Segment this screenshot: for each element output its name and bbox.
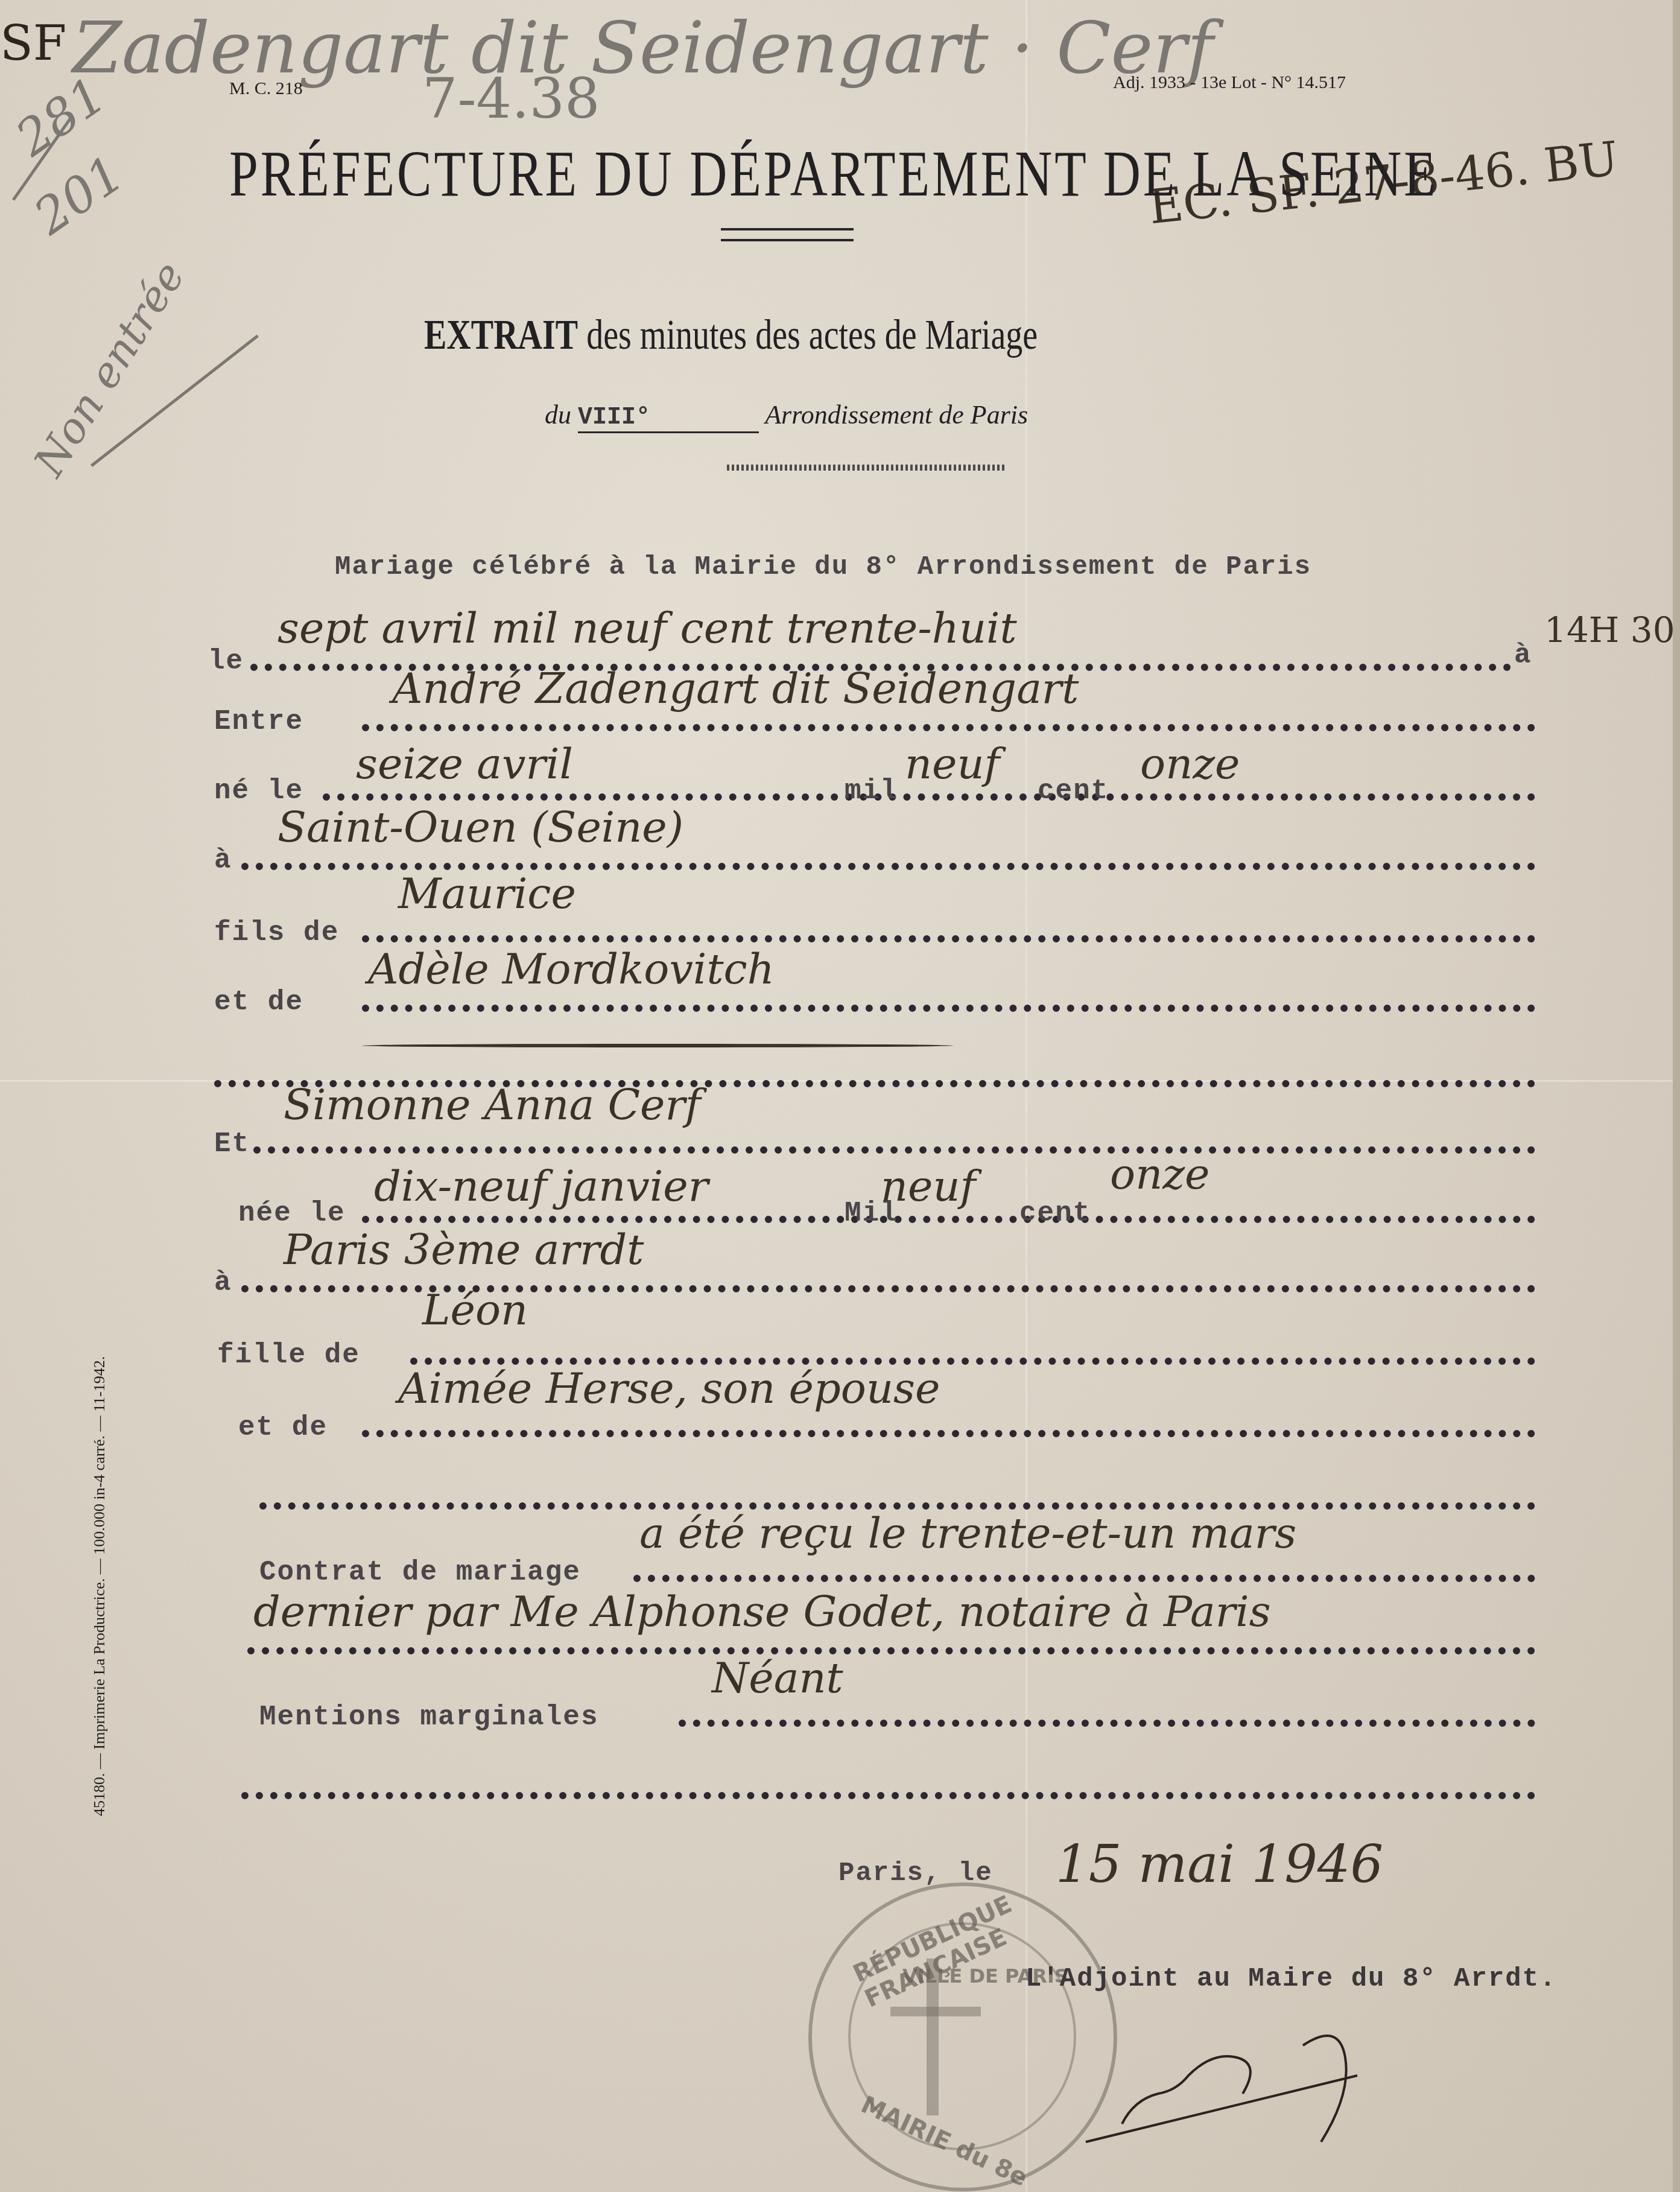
field-row-blank bbox=[0, 1750, 1680, 1822]
field-label: Contrat de mariage bbox=[259, 1557, 581, 1588]
sf-mark: SF bbox=[0, 15, 66, 71]
mil-value: neuf bbox=[881, 1161, 976, 1211]
title-double-rule bbox=[721, 228, 854, 241]
seal-emblem-icon bbox=[927, 1959, 939, 2115]
field-row-groom: Entre André Zadengart dit Seidengart bbox=[0, 682, 1680, 754]
field-value: Paris 3ème arrdt bbox=[284, 1225, 644, 1274]
field-value: Aimée Herse, son épouse bbox=[398, 1364, 940, 1413]
adjudication-reference: Adj. 1933 - 13e Lot - N° 14.517 bbox=[1113, 72, 1346, 93]
field-row-marginal-mentions: Mentions marginales Néant bbox=[0, 1677, 1680, 1750]
extract-keyword: EXTRAIT bbox=[424, 311, 578, 358]
form-code: M. C. 218 bbox=[229, 78, 303, 99]
arrondissement-prefix: du bbox=[545, 400, 571, 430]
field-value: Néant bbox=[712, 1653, 843, 1703]
arrondissement-field: VIII° bbox=[578, 399, 759, 433]
time-label: à bbox=[1514, 640, 1532, 671]
dotted-fill-line bbox=[241, 851, 1535, 870]
time-value: 14H 30 bbox=[1544, 609, 1675, 650]
field-row-groom-father: fils de Maurice bbox=[0, 893, 1680, 965]
field-label: Entre bbox=[214, 706, 303, 737]
field-label: fils de bbox=[214, 917, 339, 948]
field-label: fille de bbox=[217, 1339, 360, 1371]
field-value: Saint-Ouen (Seine) bbox=[277, 802, 683, 852]
mil-value: neuf bbox=[905, 739, 1000, 789]
field-value: dix-neuf janvier bbox=[374, 1161, 708, 1211]
field-label: à bbox=[214, 845, 232, 876]
field-label: et de bbox=[238, 1412, 328, 1443]
field-label: Mentions marginales bbox=[259, 1701, 599, 1733]
dotted-fill-line bbox=[633, 1563, 1535, 1582]
field-row-groom-birthplace: à Saint-Ouen (Seine) bbox=[0, 821, 1680, 893]
field-row-bride-mother: et de Aimée Herse, son épouse bbox=[0, 1388, 1680, 1460]
arrondissement-suffix: Arrondissement de Paris bbox=[765, 400, 1028, 430]
arrondissement-value: VIII° bbox=[578, 404, 650, 431]
cent-value: onze bbox=[1110, 1149, 1210, 1199]
dotted-fill-line bbox=[362, 1418, 1535, 1437]
field-row-groom-birthdate: né le seize avril mil neuf cent onze bbox=[0, 751, 1680, 824]
seal-cross-bar bbox=[890, 2007, 981, 2016]
dotted-fill-line bbox=[259, 1490, 1535, 1510]
arrondissement-line: du VIII° Arrondissement de Paris bbox=[545, 399, 1028, 433]
field-label: et de bbox=[214, 986, 303, 1018]
field-value: André Zadengart dit Seidengart bbox=[392, 664, 1079, 713]
field-value: dernier par Me Alphonse Godet, notaire à… bbox=[253, 1587, 1271, 1636]
field-value: Adèle Mordkovitch bbox=[368, 944, 775, 994]
field-label: le bbox=[208, 646, 244, 677]
decorative-wavy-rule bbox=[727, 465, 1004, 471]
cent-label: cent bbox=[1038, 775, 1109, 807]
field-row-bride-birthdate: née le dix-neuf janvier Mil neuf cent on… bbox=[0, 1174, 1680, 1246]
dotted-fill-line bbox=[241, 1780, 1535, 1799]
field-label: à bbox=[214, 1267, 232, 1298]
field-value: a été reçu le trente-et-un mars bbox=[639, 1508, 1296, 1558]
field-row-blank bbox=[0, 1038, 1680, 1110]
signatory-title: L'Adjoint au Maire du 8° Arrdt. bbox=[1025, 1964, 1557, 1994]
prefecture-title: PRÉFECTURE DU DÉPARTEMENT DE LA SEINE bbox=[229, 136, 1438, 211]
extract-title: EXTRAIT des minutes des actes de Mariage bbox=[424, 311, 1038, 359]
field-value: sept avril mil neuf cent trente-huit bbox=[277, 603, 1017, 653]
pencil-date-note: 7-4.38 bbox=[422, 66, 600, 131]
field-label: Et bbox=[214, 1128, 250, 1160]
cent-label: cent bbox=[1019, 1198, 1091, 1229]
field-value: Léon bbox=[422, 1285, 528, 1335]
dotted-fill-line bbox=[410, 1345, 1535, 1365]
official-seal-stamp: RÉPUBLIQUE FRANÇAISE VILLE DE PARIS MAIR… bbox=[808, 1882, 1117, 2191]
dotted-fill-line bbox=[362, 923, 1535, 942]
record-intro: Mariage célébré à la Mairie du 8° Arrond… bbox=[335, 552, 1311, 582]
marriage-certificate-extract: SF Zadengart dit Seidengart · Cerf 7-4.3… bbox=[0, 0, 1680, 2192]
field-value: seize avril bbox=[356, 739, 573, 789]
extract-title-rest: des minutes des actes de Mariage bbox=[578, 311, 1038, 358]
margin-name-note: Zadengart dit Seidengart · Cerf bbox=[72, 6, 1213, 89]
field-value: Maurice bbox=[398, 869, 576, 918]
cent-value: onze bbox=[1140, 739, 1240, 789]
field-value: Simonne Anna Cerf bbox=[284, 1080, 701, 1129]
signature-icon bbox=[1074, 2021, 1387, 2154]
field-row-bride: Et Simonne Anna Cerf bbox=[0, 1104, 1680, 1177]
dotted-fill-line bbox=[362, 993, 1535, 1012]
field-row-bride-birthplace: à Paris 3ème arrdt bbox=[0, 1243, 1680, 1315]
dotted-fill-line bbox=[679, 1708, 1535, 1727]
mil-label: mil bbox=[845, 775, 898, 807]
dotted-fill-line bbox=[253, 1134, 1535, 1154]
dotted-fill-line bbox=[362, 712, 1535, 731]
field-row-groom-mother: et de Adèle Mordkovitch bbox=[0, 962, 1680, 1035]
dotted-fill-line bbox=[247, 1635, 1535, 1654]
